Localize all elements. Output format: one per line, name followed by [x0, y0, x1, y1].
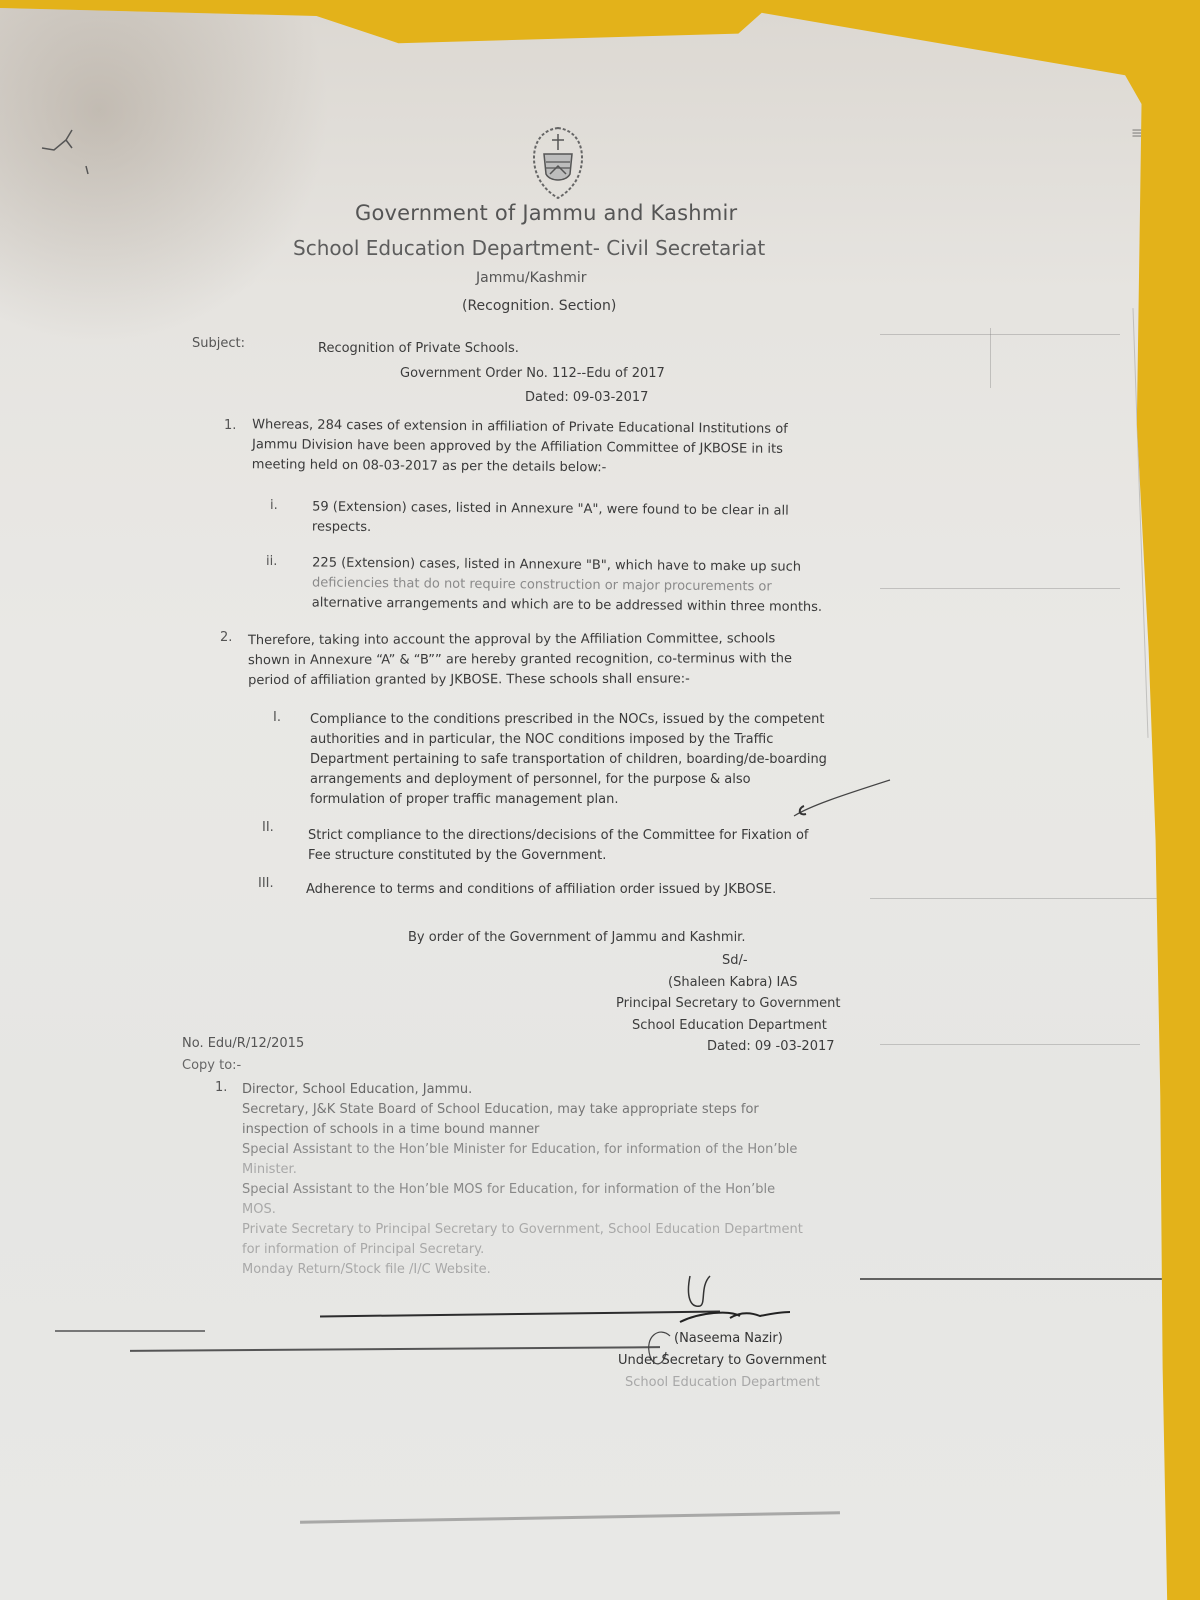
subject-text: Recognition of Private Schools.: [318, 341, 519, 356]
crease-line: [880, 334, 1120, 335]
reference-number: No. Edu/R/12/2015: [182, 1036, 304, 1051]
copy-item-number: 1.: [215, 1080, 227, 1095]
item-number: i.: [270, 498, 278, 513]
order-date: Dated: 09-03-2017: [525, 390, 648, 405]
order-number: Government Order No. 112--Edu of 2017: [400, 366, 665, 381]
signature-date: Dated: 09 -03-2017: [707, 1039, 835, 1054]
paragraph-line: Therefore, taking into account the appro…: [248, 629, 888, 651]
item-line: alternative arrangements and which are t…: [312, 593, 892, 618]
copy-item: Minister.: [242, 1160, 882, 1180]
item-line: Fee structure constituted by the Governm…: [308, 846, 888, 866]
item-line: authorities and in particular, the NOC c…: [310, 730, 890, 750]
paragraph-1: Whereas, 284 cases of extension in affil…: [252, 415, 892, 481]
pen-annotation: [790, 776, 900, 836]
copy-to-list: Director, School Education, Jammu. Secre…: [242, 1080, 882, 1280]
under-secretary-name: (Naseema Nazir): [674, 1331, 783, 1346]
item-line: Compliance to the conditions prescribed …: [310, 710, 890, 730]
paragraph-1-item-ii: 225 (Extension) cases, listed in Annexur…: [312, 553, 893, 618]
copy-item: inspection of schools in a time bound ma…: [242, 1120, 882, 1140]
signed-mark: Sd/-: [722, 953, 748, 968]
department-title: School Education Department- Civil Secre…: [293, 236, 765, 260]
paragraph-2-item-III: Adherence to terms and conditions of aff…: [306, 880, 886, 900]
copy-item: MOS.: [242, 1200, 882, 1220]
signatory-department: School Education Department: [632, 1018, 827, 1033]
paragraph-1-item-i: 59 (Extension) cases, listed in Annexure…: [312, 497, 892, 542]
document-paper: Government of Jammu and Kashmir School E…: [0, 8, 1172, 1600]
ink-line: [130, 1346, 660, 1352]
copy-item: Secretary, J&K State Board of School Edu…: [242, 1100, 882, 1120]
crease-line: [860, 1278, 1170, 1280]
ink-line: [55, 1330, 205, 1332]
paragraph-line: period of affiliation granted by JKBOSE.…: [248, 669, 888, 691]
crease-line: [1132, 308, 1148, 738]
ink-line: [300, 1511, 840, 1523]
crease-line: [880, 1044, 1140, 1045]
state-emblem-icon: [526, 124, 590, 206]
copy-item: Special Assistant to the Hon’ble MOS for…: [242, 1180, 882, 1200]
item-line: respects.: [312, 517, 892, 542]
item-number: III.: [258, 876, 274, 891]
pen-mark: [38, 126, 98, 186]
by-order-text: By order of the Government of Jammu and …: [408, 930, 745, 945]
margin-mark: |||: [1132, 128, 1142, 137]
under-secretary-department: School Education Department: [625, 1375, 820, 1390]
paragraph-number: 1.: [224, 418, 236, 433]
paragraph-number: 2.: [220, 630, 232, 645]
location-title: Jammu/Kashmir: [476, 270, 587, 286]
paragraph-line: shown in Annexure “A” & “B”” are hereby …: [248, 649, 888, 671]
copy-item: Director, School Education, Jammu.: [242, 1080, 882, 1100]
government-title: Government of Jammu and Kashmir: [355, 201, 737, 225]
copy-item: Special Assistant to the Hon’ble Ministe…: [242, 1140, 882, 1160]
copy-to-label: Copy to:-: [182, 1058, 241, 1073]
copy-item: Private Secretary to Principal Secretary…: [242, 1220, 882, 1240]
under-secretary-designation: Under Secretary to Government: [618, 1353, 826, 1368]
signatory-name: (Shaleen Kabra) IAS: [668, 975, 798, 990]
crease-line: [870, 898, 1160, 899]
signatory-designation: Principal Secretary to Government: [616, 996, 840, 1011]
item-line: Adherence to terms and conditions of aff…: [306, 880, 886, 900]
item-number: II.: [262, 820, 274, 835]
section-title: (Recognition. Section): [462, 298, 616, 314]
item-number: ii.: [266, 554, 277, 569]
subject-label: Subject:: [192, 336, 245, 351]
paragraph-2: Therefore, taking into account the appro…: [248, 629, 888, 691]
crease-line: [880, 588, 1120, 589]
paragraph-line: meeting held on 08-03-2017 as per the de…: [252, 455, 892, 481]
crease-line: [990, 328, 991, 388]
item-number: I.: [273, 710, 281, 725]
item-line: Department pertaining to safe transporta…: [310, 750, 890, 770]
